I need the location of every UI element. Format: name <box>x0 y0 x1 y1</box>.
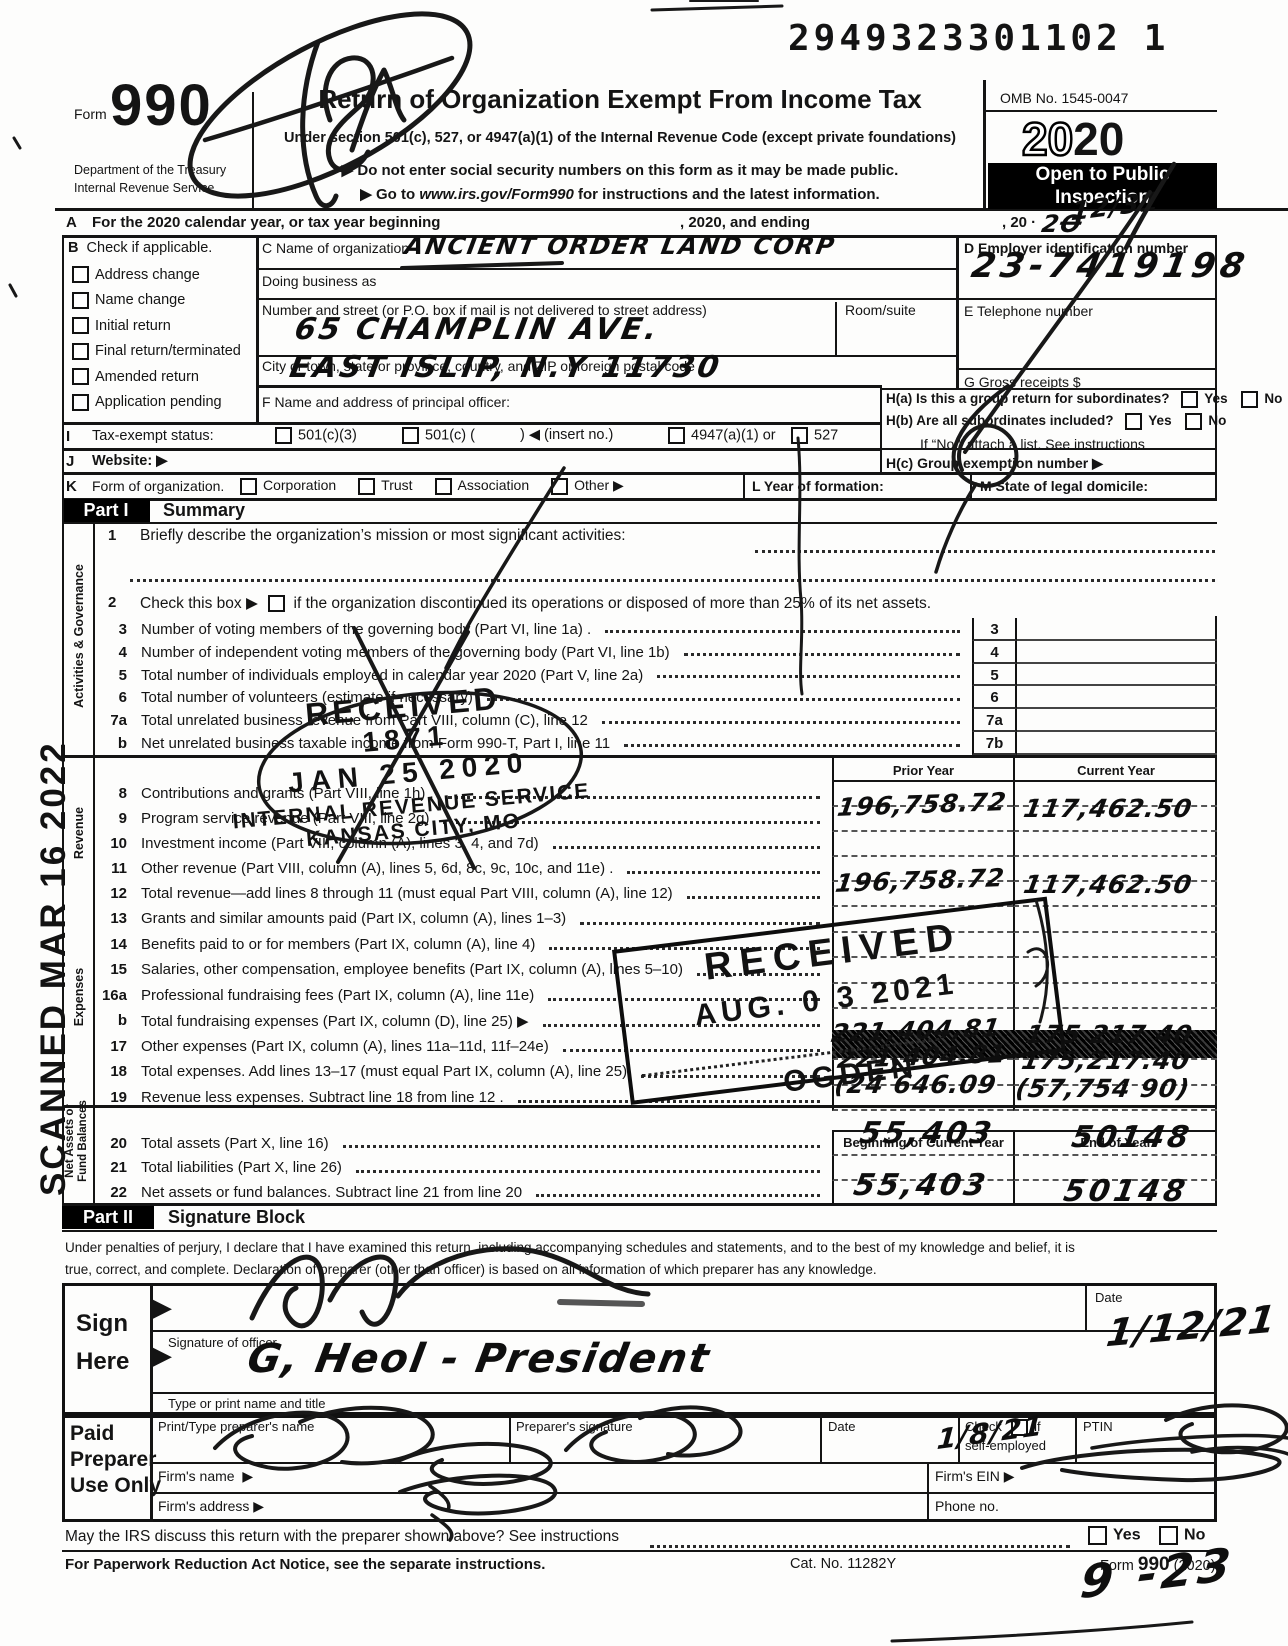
checklist-item: Amended return <box>72 364 252 390</box>
dot-leader <box>684 641 960 656</box>
checkbox-name-change[interactable] <box>72 292 89 309</box>
row-number: 16a <box>95 984 141 1010</box>
preparer-signature-label: Preparer's signature <box>516 1419 633 1434</box>
checkbox-other-[interactable] <box>551 478 568 495</box>
line-number-box: 7b <box>972 732 1017 755</box>
table-row: 20Total assets (Part X, line 16) <box>95 1132 1217 1156</box>
dept-treasury: Department of the Treasury <box>74 163 226 177</box>
sidebar-revenue: Revenue <box>72 778 86 888</box>
received-kansas-city-stamp: RECEIVED 1871 JAN 25 2020 INTERNAL REVEN… <box>222 673 594 859</box>
omb-number: OMB No. 1545-0047 <box>1000 90 1128 106</box>
row-number: 14 <box>95 933 141 959</box>
hw-ein: 23-7419198 <box>968 246 1252 286</box>
hw-line9-prior: 196,758.72 <box>835 787 1008 822</box>
line2-num: 2 <box>108 594 116 611</box>
checklist-item-label: Amended return <box>95 369 199 385</box>
line-i-prefix: I <box>66 428 70 445</box>
irs-url: www.irs.gov/Form990 <box>419 186 574 203</box>
line-j-prefix: J <box>66 453 74 470</box>
row-label: Benefits paid to or for members (Part IX… <box>141 933 535 959</box>
row-number: 22 <box>95 1181 141 1205</box>
entry-cell[interactable] <box>1017 709 1217 732</box>
mission-label: Briefly describe the organization’s miss… <box>140 527 626 545</box>
row-label: Salaries, other compensation, employee b… <box>141 958 683 984</box>
page-title: Return of Organization Exempt From Incom… <box>260 84 980 115</box>
barcode-suffix: 1 <box>1144 18 1170 59</box>
checkbox-527[interactable] <box>791 427 808 444</box>
current-year-header: Current Year <box>1013 758 1217 780</box>
dot-leader <box>536 1181 820 1197</box>
hw-line9-current: 117,462.50 <box>1021 794 1194 823</box>
row-label: Number of independent voting members of … <box>141 641 670 664</box>
row-label: Total liabilities (Part X, line 26) <box>141 1156 342 1180</box>
form-number: 990 <box>110 72 213 139</box>
checkbox-corporation[interactable] <box>240 478 257 495</box>
dot-leader <box>627 857 820 874</box>
preparer-date-label: Date <box>828 1419 855 1434</box>
checklist-item-label: Name change <box>95 292 185 308</box>
row-number: 21 <box>95 1156 141 1180</box>
room-suite-label: Room/suite <box>845 302 916 318</box>
checklist-item: Final return/terminated <box>72 339 252 365</box>
year-of-formation-label: L Year of formation: <box>752 478 884 494</box>
barcode-digits: 2949323301102 <box>788 18 1122 59</box>
hw-line12-current: 117,462.50 <box>1021 870 1194 899</box>
table-row: 3Number of voting members of the governi… <box>95 618 1217 641</box>
line-number-box: 5 <box>972 664 1017 687</box>
table-row: 22Net assets or fund balances. Subtract … <box>95 1181 1217 1205</box>
here-label: Here <box>76 1348 129 1376</box>
part-ii-tag: Part II <box>62 1206 154 1229</box>
checkbox-association[interactable] <box>435 478 452 495</box>
part-ii-title: Signature Block <box>168 1207 305 1228</box>
line-number-box: 4 <box>972 641 1017 664</box>
table-row: 21Total liabilities (Part X, line 26) <box>95 1156 1217 1180</box>
row-number: 18 <box>95 1060 141 1086</box>
sidebar-expenses: Expenses <box>72 926 86 1068</box>
status-501c: 501(c) ( <box>402 427 475 444</box>
current-year-cell[interactable] <box>1013 832 1217 857</box>
checklist-item: Name change <box>72 288 252 314</box>
scanned-form-990-page: 29493233011021 Form 990 Return of Organi… <box>0 0 1288 1646</box>
checkbox-application-pending[interactable] <box>72 394 89 411</box>
applicable-checklist: Address changeName changeInitial returnF… <box>72 262 252 415</box>
checkbox-hb-yes[interactable] <box>1125 413 1142 430</box>
status-527: 527 <box>791 427 838 444</box>
dept-irs: Internal Revenue Service <box>74 181 214 195</box>
preparer-name-label: Print/Type preparer's name <box>158 1419 314 1434</box>
title-subtext: Under section 501(c), 527, or 4947(a)(1)… <box>256 130 984 146</box>
type-print-label: Type or print name and title <box>168 1396 326 1411</box>
discontinued-line: Check this box ▶ if the organization dis… <box>140 594 931 613</box>
row-label: Professional fundraising fees (Part IX, … <box>141 984 534 1010</box>
row-number: 11 <box>95 857 141 882</box>
form-of-org-option: Association <box>435 477 530 495</box>
checkbox-trust[interactable] <box>358 478 375 495</box>
row-label: Other revenue (Part VIII, column (A), li… <box>141 857 613 882</box>
checklist-item: Initial return <box>72 313 252 339</box>
hw-officer-name-title[interactable]: G, Heol - President <box>244 1336 714 1382</box>
firm-name-label: Firm's name ▶ <box>158 1468 253 1485</box>
checkbox-ha-yes[interactable] <box>1181 391 1198 408</box>
checkbox-final-return-terminated[interactable] <box>72 343 89 360</box>
form-word: Form <box>74 106 107 122</box>
checkbox-address-change[interactable] <box>72 266 89 283</box>
checklist-item: Address change <box>72 262 252 288</box>
org-name-label: C Name of organization <box>262 240 409 256</box>
checkbox-discontinued[interactable] <box>268 595 285 612</box>
paperwork-notice: For Paperwork Reduction Act Notice, see … <box>65 1556 545 1573</box>
dot-leader <box>624 732 960 747</box>
dot-leader <box>687 882 820 899</box>
checkbox-initial-return[interactable] <box>72 317 89 334</box>
phone-label: Phone no. <box>935 1498 999 1514</box>
checkbox-501c[interactable] <box>402 427 419 444</box>
hw-year-20: 2Ꝋ <box>1040 210 1086 238</box>
net-asset-rows: 20Total assets (Part X, line 16)21Total … <box>95 1132 1217 1205</box>
mission-dotted-line-2[interactable] <box>130 578 1215 582</box>
row-number: 8 <box>95 782 141 807</box>
row-number: 4 <box>95 641 141 664</box>
checkbox-amended-return[interactable] <box>72 368 89 385</box>
checklist-item-label: Address change <box>95 267 200 283</box>
dba-label: Doing business as <box>262 273 376 289</box>
checkbox-501c3[interactable] <box>275 427 292 444</box>
checkbox-hb-no[interactable] <box>1185 413 1202 430</box>
sign-arrow-icon: ▶ <box>152 1292 172 1323</box>
dot-leader <box>553 832 820 849</box>
row-label: Net assets or fund balances. Subtract li… <box>141 1181 522 1205</box>
checkbox-discuss-yes[interactable] <box>1088 1526 1107 1545</box>
checkbox-4947a1[interactable] <box>668 427 685 444</box>
table-row: 5Total number of individuals employed in… <box>95 664 1217 687</box>
row-number: b <box>95 732 141 755</box>
row-number: 20 <box>95 1132 141 1156</box>
table-row: 4Number of independent voting members of… <box>95 641 1217 664</box>
telephone-label: E Telephone number <box>964 303 1093 319</box>
h-note: If “No,” attach a list. See instructions <box>920 436 1145 452</box>
dot-leader <box>657 664 960 679</box>
row-number: 15 <box>95 958 141 984</box>
gross-receipts-label: G Gross receipts $ <box>964 374 1081 390</box>
row-number: 17 <box>95 1035 141 1061</box>
checkbox-ha-no[interactable] <box>1241 391 1258 408</box>
barcode-number: 29493233011021 <box>788 18 1169 59</box>
tax-year: 2020 <box>1022 112 1124 166</box>
dot-leader <box>605 618 960 633</box>
ptin-label: PTIN <box>1083 1419 1113 1434</box>
principal-officer-label: F Name and address of principal officer: <box>262 394 510 410</box>
row-label: Total fundraising expenses (Part IX, col… <box>141 1009 529 1035</box>
dot-leader <box>580 907 820 925</box>
part-i-tag: Part I <box>62 499 150 522</box>
row-number: 12 <box>95 882 141 907</box>
row-label: Grants and similar amounts paid (Part IX… <box>141 907 566 933</box>
h-a-row: H(a) Is this a group return for subordin… <box>886 391 1282 408</box>
firm-address-label: Firm's address ▶ <box>158 1498 264 1515</box>
line-number-box: 3 <box>972 618 1017 641</box>
checkbox-discuss-no[interactable] <box>1159 1526 1178 1545</box>
status-insert-no: ) ◀ (insert no.) <box>520 427 613 443</box>
line-a-prefix: A <box>66 214 77 231</box>
sign-label: Sign <box>76 1310 128 1338</box>
firm-ein-label: Firm's EIN ▶ <box>935 1468 1015 1485</box>
hw-street: 65 CHAMPLIN AVE. <box>292 312 663 347</box>
preparer-label: Preparer <box>70 1448 156 1472</box>
status-501c3: 501(c)(3) <box>275 427 357 444</box>
perjury-statement-2: true, correct, and complete. Declaration… <box>65 1262 1215 1277</box>
entry-cell[interactable] <box>1017 686 1217 709</box>
form-of-org-options: CorporationTrustAssociationOther ▶ <box>240 477 624 495</box>
line-number-box: 7a <box>972 709 1017 732</box>
form-of-org-option: Trust <box>358 477 412 495</box>
ssn-warning: ▶ Do not enter social security numbers o… <box>256 161 984 179</box>
hw-line22-begin: 55,403 <box>851 1168 991 1203</box>
hw-line12-prior: 196,758.72 <box>833 863 1006 898</box>
line-k-prefix: K <box>66 478 77 495</box>
goto-instructions: ▶ Go to www.irs.gov/Form990 for instruct… <box>256 185 984 203</box>
row-label: Other expenses (Part IX, column (A), lin… <box>141 1035 549 1061</box>
form-of-org-option: Corporation <box>240 477 336 495</box>
hw-city: EAST ISLIP, N.Y 11730 <box>287 350 725 385</box>
h-c-label: H(c) Group exemption number ▶ <box>886 455 1103 472</box>
line-a-text1: For the 2020 calendar year, or tax year … <box>92 214 440 231</box>
row-label: Number of voting members of the governin… <box>141 618 591 641</box>
part-i-title: Summary <box>163 500 245 521</box>
line-a-text3: , 20 · <box>1002 214 1036 231</box>
row-number: 7a <box>95 709 141 732</box>
row-number: 13 <box>95 907 141 933</box>
checklist-item: Application pending <box>72 390 252 416</box>
hw-page-note: 9 -23 <box>1078 1537 1237 1609</box>
row-number: 6 <box>95 686 141 709</box>
entry-cell[interactable] <box>1017 618 1217 641</box>
hw-line20-begin: 55,403 <box>857 1116 997 1151</box>
perjury-statement-1: Under penalties of perjury, I declare th… <box>65 1240 1215 1255</box>
entry-cell[interactable] <box>1017 732 1217 755</box>
row-label: Total revenue—add lines 8 through 11 (mu… <box>141 882 673 907</box>
row-number: 5 <box>95 664 141 687</box>
dot-leader <box>602 709 960 724</box>
line-a-text2: , 2020, and ending <box>680 214 810 231</box>
entry-cell[interactable] <box>1017 641 1217 664</box>
prior-year-header: Prior Year <box>832 758 1013 780</box>
mission-dotted-line-1[interactable] <box>755 549 1215 553</box>
row-number: 10 <box>95 832 141 857</box>
line-number-box: 6 <box>972 686 1017 709</box>
row-number: 3 <box>95 618 141 641</box>
line1-num: 1 <box>108 527 116 544</box>
sidebar-activities-governance: Activities & Governance <box>72 524 86 748</box>
form-of-org-option: Other ▶ <box>551 477 624 495</box>
status-4947a1: 4947(a)(1) or <box>668 427 776 444</box>
website-label: Website: ▶ <box>92 453 167 469</box>
dot-leader <box>356 1156 820 1172</box>
hw-org-name: ANCIENT ORDER LAND CORP <box>403 232 839 260</box>
catalog-number: Cat. No. 11282Y <box>790 1556 896 1572</box>
row-label: Total expenses. Add lines 13–17 (must eq… <box>141 1060 627 1086</box>
state-of-domicile-label: M State of legal domicile: <box>980 478 1148 494</box>
sign-date-label: Date <box>1095 1290 1122 1305</box>
irs-discuss-question: May the IRS discuss this return with the… <box>65 1528 619 1546</box>
row-number: 9 <box>95 807 141 832</box>
checklist-item-label: Application pending <box>95 394 222 410</box>
entry-cell[interactable] <box>1017 664 1217 687</box>
tax-exempt-status-label: Tax-exempt status: <box>92 428 214 444</box>
use-only-label: Use Only <box>70 1474 161 1498</box>
form-of-org-label: Form of organization. <box>92 478 224 494</box>
h-b-row: H(b) Are all subordinates included? Yes … <box>886 413 1226 430</box>
checklist-item-label: Final return/terminated <box>95 343 241 359</box>
row-label: Total assets (Part X, line 16) <box>141 1132 329 1156</box>
hw-line20-end: 50148 <box>1069 1120 1195 1155</box>
hw-line19-current: (57,754 90) <box>1013 1074 1192 1103</box>
paid-label: Paid <box>70 1422 114 1446</box>
dot-leader <box>343 1132 820 1148</box>
scanned-date-stamp: SCANNED MAR 16 2022 <box>34 676 74 1196</box>
row-number: b <box>95 1009 141 1035</box>
checklist-item-label: Initial return <box>95 318 171 334</box>
prior-year-cell[interactable] <box>832 832 1013 857</box>
checklist-header: B Check if applicable. <box>68 240 212 256</box>
